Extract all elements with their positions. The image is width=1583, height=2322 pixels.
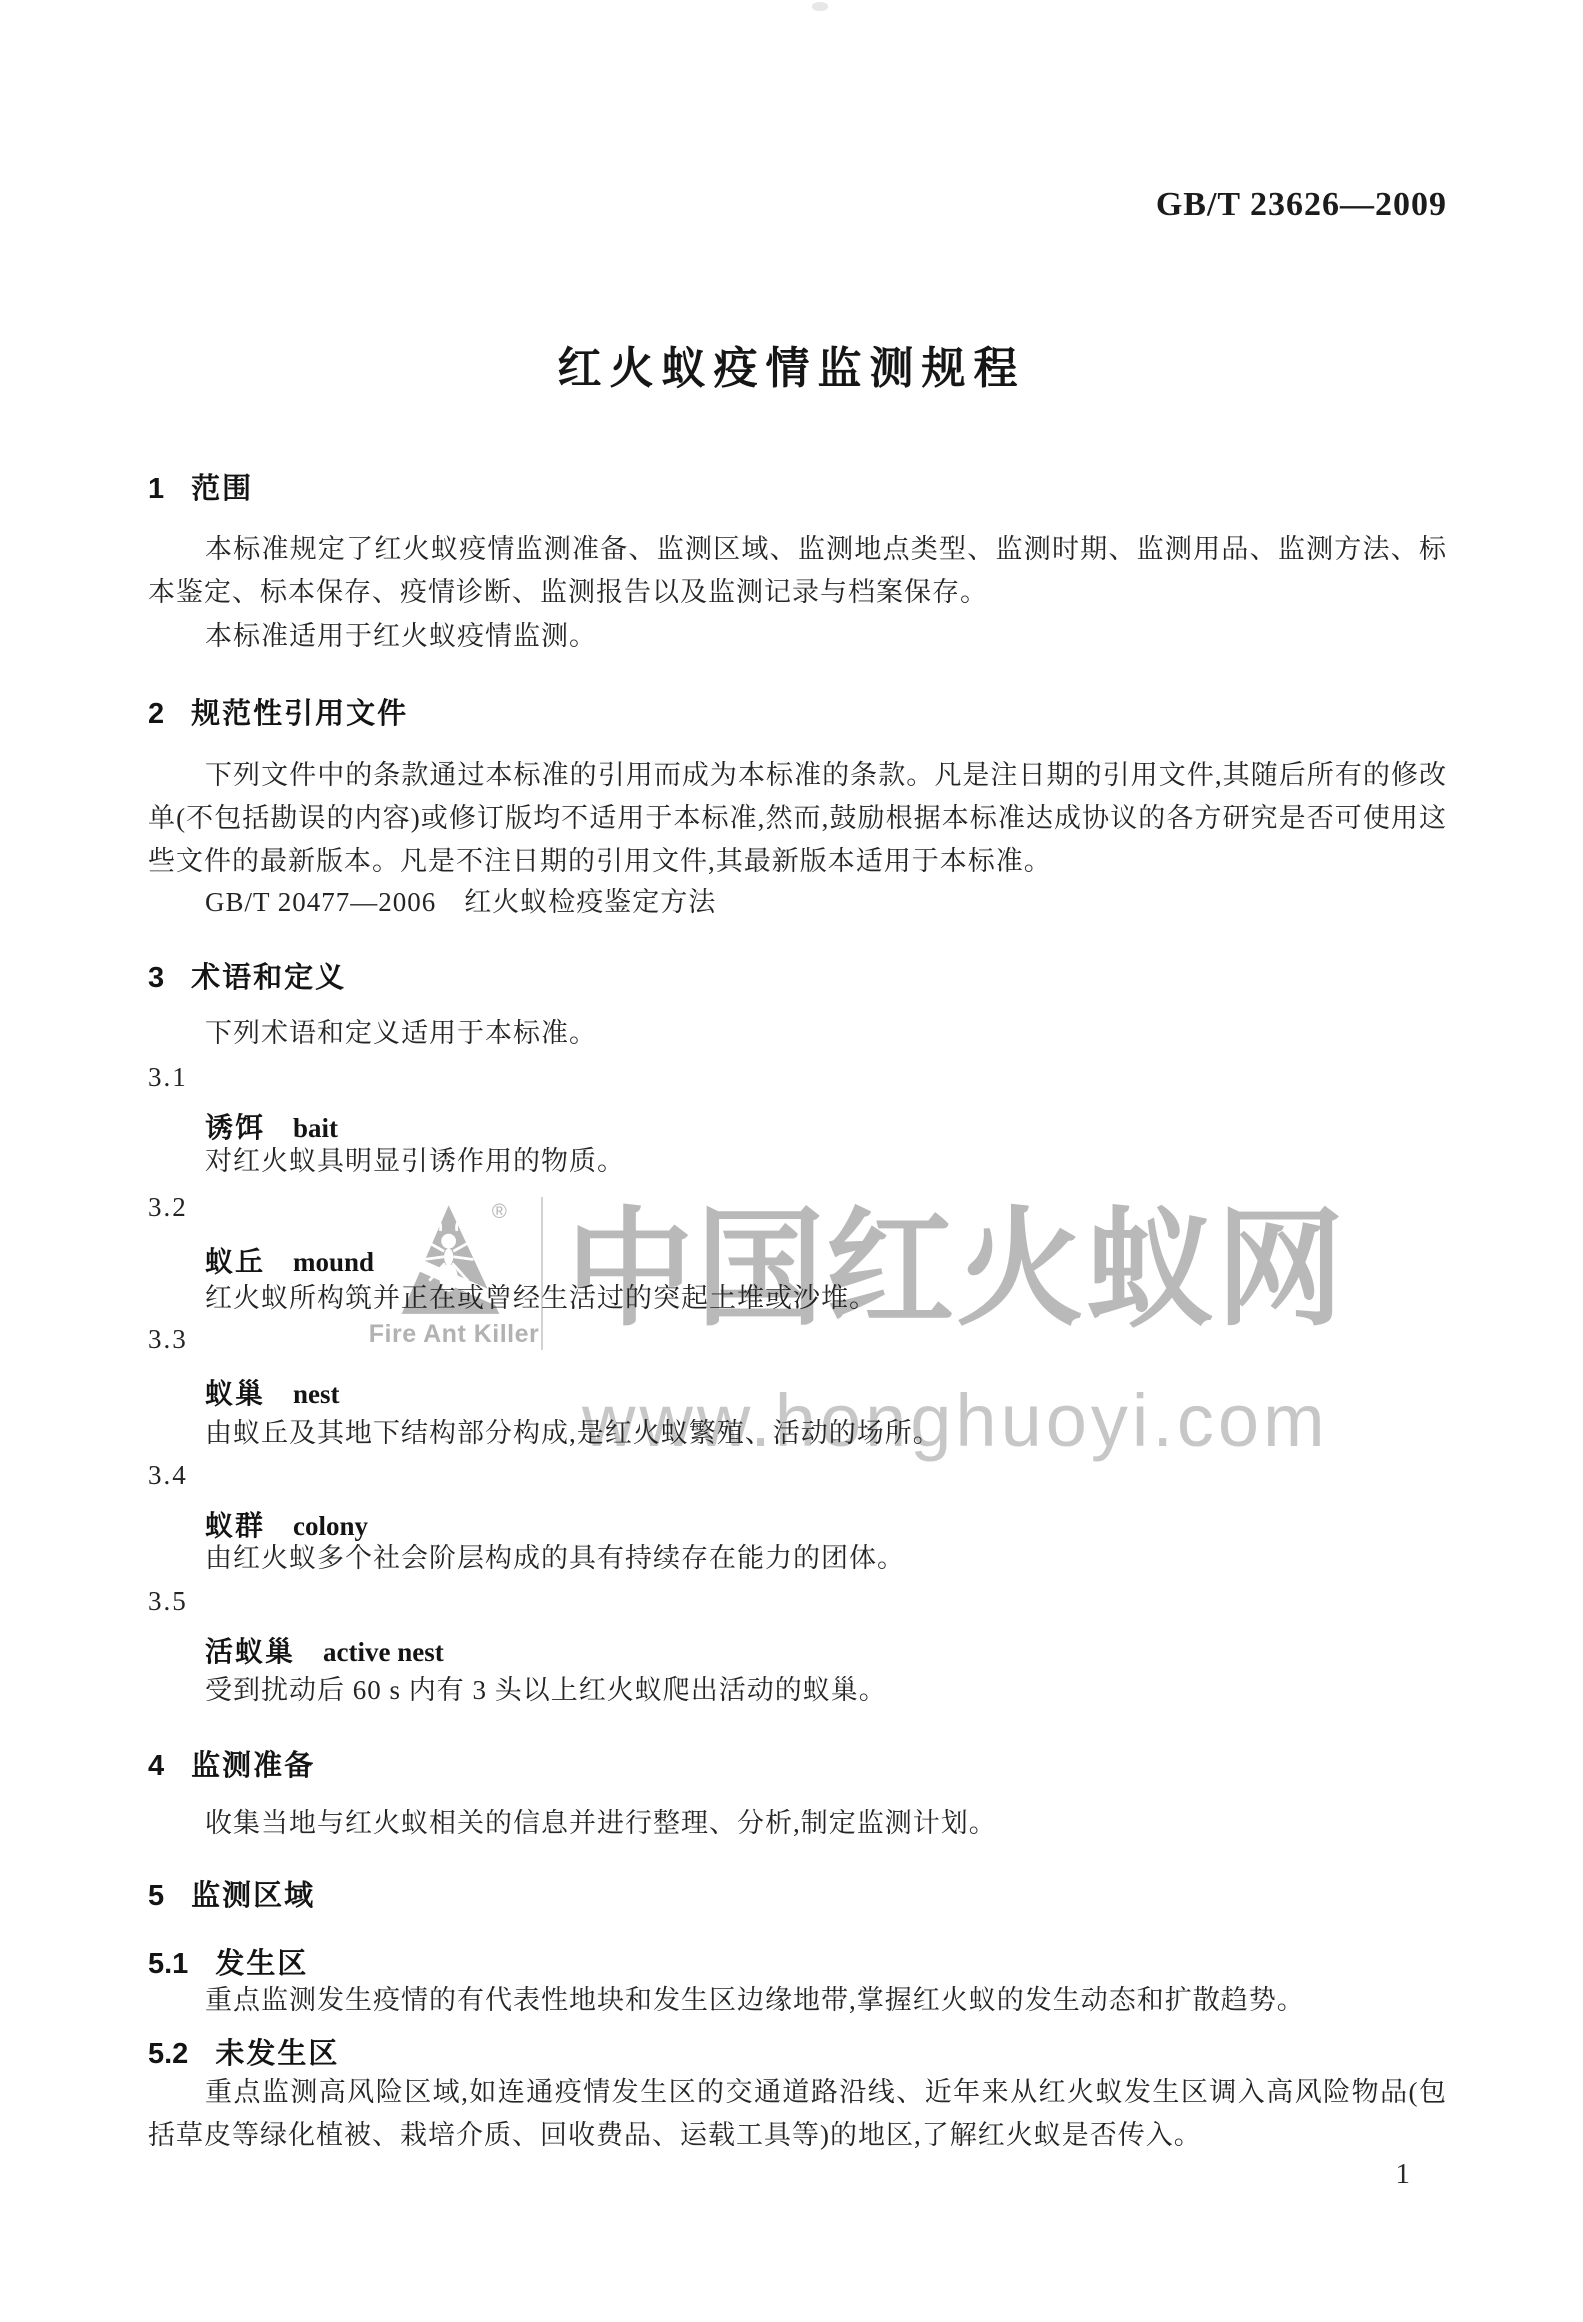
section-3-heading: 3术语和定义 [148, 955, 346, 996]
section-label: 监测区域 [191, 1880, 315, 1912]
section-5-2-paragraph-1: 重点监测高风险区域,如连通疫情发生区的交通道路沿线、近年来从红火蚁发生区调入高风… [148, 2071, 1447, 2157]
section-number: 5 [148, 1880, 164, 1912]
page-number: 1 [148, 2158, 1410, 2191]
section-4-paragraph-1: 收集当地与红火蚁相关的信息并进行整理、分析,制定监测计划。 [148, 1805, 1447, 1841]
term-name: 蚁巢nest [205, 1372, 340, 1412]
term-number: 3.4 [148, 1460, 188, 1491]
section-number: 5.2 [148, 2038, 188, 2070]
section-5-1-paragraph-1: 重点监测发生疫情的有代表性地块和发生区边缘地带,掌握红火蚁的发生动态和扩散趋势。 [148, 1982, 1447, 2018]
section-1-heading: 1范围 [148, 466, 253, 507]
term-name: 蚁丘mound [205, 1240, 374, 1280]
section-number: 2 [148, 698, 164, 730]
registered-trademark-symbol: ® [492, 1201, 507, 1223]
section-label: 范围 [191, 473, 253, 505]
section-5-heading: 5监测区域 [148, 1873, 315, 1914]
term-definition: 由红火蚁多个社会阶层构成的具有持续存在能力的团体。 [148, 1540, 1447, 1576]
term-name-en: nest [293, 1379, 340, 1409]
section-label: 监测准备 [191, 1750, 315, 1782]
term-definition: 对红火蚁具明显引诱作用的物质。 [148, 1143, 1447, 1179]
section-3-intro: 下列术语和定义适用于本标准。 [148, 1015, 1447, 1051]
section-1-paragraph-1: 本标准规定了红火蚁疫情监测准备、监测区域、监测地点类型、监测时期、监测用品、监测… [148, 528, 1447, 614]
term-definition: 由蚁丘及其地下结构部分构成,是红火蚁繁殖、活动的场所。 [148, 1415, 1447, 1451]
section-label: 未发生区 [215, 2038, 339, 2070]
watermark-divider [541, 1197, 543, 1350]
section-label: 术语和定义 [191, 962, 346, 994]
section-5-2-heading: 5.2未发生区 [148, 2031, 339, 2072]
term-name: 活蚁巢active nest [205, 1630, 444, 1670]
document-page: ® Fire Ant Killer 中国红火蚁网 www.honghuoyi.c… [0, 0, 1583, 2322]
section-number: 3 [148, 962, 164, 994]
section-number: 5.1 [148, 1948, 188, 1980]
section-4-heading: 4监测准备 [148, 1743, 315, 1784]
term-number: 3.2 [148, 1192, 188, 1223]
term-name-en: mound [293, 1247, 374, 1277]
term-definition: 受到扰动后 60 s 内有 3 头以上红火蚁爬出活动的蚁巢。 [148, 1672, 1447, 1708]
term-name-en: bait [293, 1113, 338, 1143]
section-5-1-heading: 5.1发生区 [148, 1941, 308, 1982]
term-name-cn: 蚁群 [205, 1510, 265, 1541]
term-number: 3.3 [148, 1324, 188, 1355]
section-2-paragraph-1: 下列文件中的条款通过本标准的引用而成为本标准的条款。凡是注日期的引用文件,其随后… [148, 754, 1447, 883]
section-label: 规范性引用文件 [191, 698, 408, 730]
section-2-reference: GB/T 20477—2006 红火蚁检疫鉴定方法 [148, 884, 1447, 920]
term-name-cn: 蚁丘 [205, 1246, 265, 1277]
watermark-logo-caption: Fire Ant Killer [368, 1320, 540, 1349]
term-name-cn: 活蚁巢 [205, 1636, 295, 1667]
section-2-heading: 2规范性引用文件 [148, 691, 408, 732]
page-title: 红火蚁疫情监测规程 [0, 332, 1583, 396]
section-number: 1 [148, 473, 164, 505]
term-number: 3.1 [148, 1062, 188, 1093]
section-1-paragraph-2: 本标准适用于红火蚁疫情监测。 [148, 618, 1447, 654]
term-name-cn: 诱饵 [205, 1112, 265, 1143]
term-name-en: colony [293, 1511, 368, 1541]
section-label: 发生区 [215, 1948, 308, 1980]
section-number: 4 [148, 1750, 164, 1782]
term-name: 诱饵bait [205, 1106, 338, 1146]
scan-artifact-mark [812, 2, 828, 11]
term-name-en: active nest [323, 1637, 444, 1667]
term-number: 3.5 [148, 1586, 188, 1617]
term-definition: 红火蚁所构筑并正在或曾经生活过的突起土堆或沙堆。 [148, 1280, 1447, 1316]
term-name-cn: 蚁巢 [205, 1378, 265, 1409]
watermark-site-name: 中国红火蚁网 [566, 1196, 1346, 1343]
standard-code: GB/T 23626—2009 [148, 186, 1447, 224]
term-name: 蚁群colony [205, 1504, 368, 1544]
